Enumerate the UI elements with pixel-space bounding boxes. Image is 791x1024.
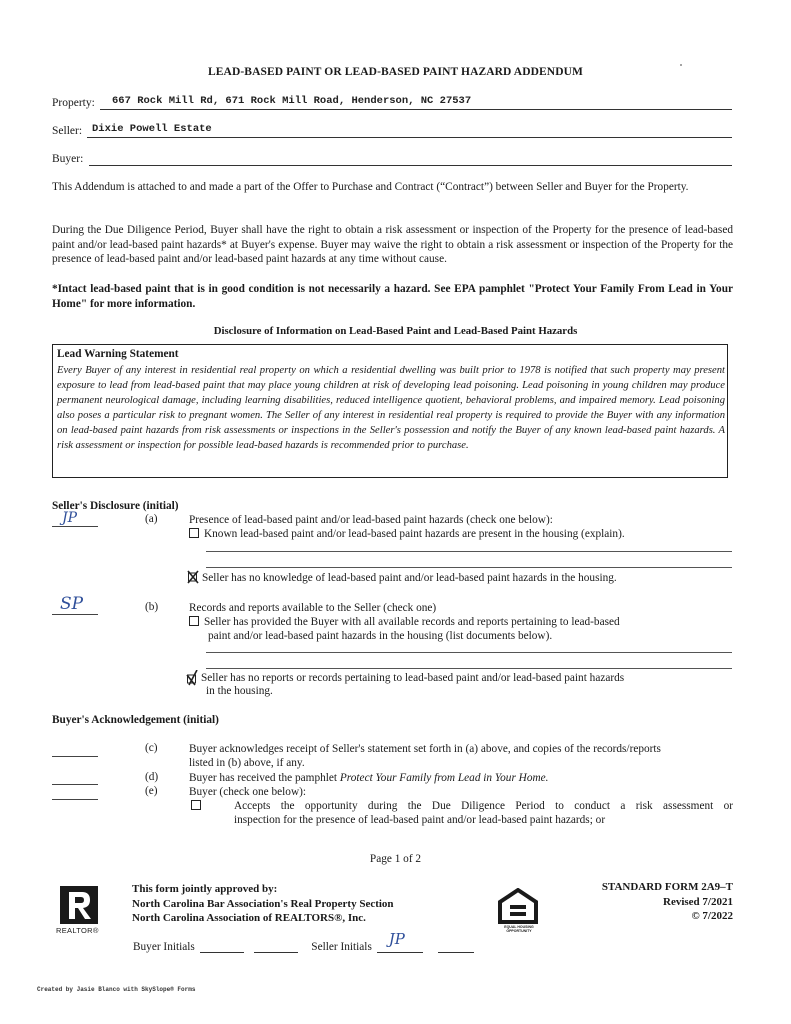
checkbox-accepts-opportunity[interactable] — [191, 800, 201, 810]
item-b-letter: (b) — [145, 601, 158, 613]
item-e-option1-line2: inspection for the presence of lead-base… — [234, 813, 605, 827]
buyer-initial-e-field[interactable] — [52, 785, 98, 800]
due-diligence-paragraph: During the Due Diligence Period, Buyer s… — [52, 223, 733, 267]
item-d-text: Buyer has received the pamphlet Protect … — [189, 771, 548, 785]
buyer-initial-c-field[interactable] — [52, 742, 98, 757]
seller-initials-field-2[interactable] — [438, 940, 474, 953]
seller-initial-a: JP — [62, 510, 77, 526]
note-paragraph: *Intact lead-based paint that is in good… — [52, 282, 733, 311]
seller-initial-b: SP — [60, 594, 83, 614]
seller-value[interactable]: Dixie Powell Estate — [92, 123, 212, 135]
document-title: LEAD-BASED PAINT OR LEAD-BASED PAINT HAZ… — [0, 66, 791, 78]
item-e-text: Buyer (check one below): — [189, 785, 306, 799]
scan-speck — [680, 64, 682, 66]
item-a-letter: (a) — [145, 513, 158, 525]
lead-warning-box: Lead Warning Statement Every Buyer of an… — [52, 344, 728, 478]
eho-line-2: OPPORTUNITY — [496, 929, 542, 933]
item-b-option2-line2: in the housing. — [206, 684, 273, 698]
item-a-text: Presence of lead-based paint and/or lead… — [189, 513, 553, 527]
realtor-logo-icon — [60, 886, 98, 924]
item-c-letter: (c) — [145, 742, 158, 754]
item-b-text: Records and reports available to the Sel… — [189, 601, 436, 615]
explain-line-1[interactable] — [206, 551, 732, 552]
item-c-line2: listed in (b) above, if any. — [189, 756, 305, 770]
seller-page-initials: JP — [389, 930, 405, 948]
approval-line-3: North Carolina Association of REALTORS®,… — [132, 911, 394, 926]
item-e-letter: (e) — [145, 785, 158, 797]
item-b-option2-line1: Seller has no reports or records pertain… — [201, 672, 624, 684]
seller-field: Seller: Dixie Powell Estate — [52, 122, 732, 138]
approval-block: This form jointly approved by: North Car… — [132, 882, 394, 926]
item-a-option2-text: Seller has no knowledge of lead-based pa… — [202, 572, 617, 584]
checkbox-no-reports-checked[interactable] — [186, 670, 198, 683]
created-by-footer: Created by Jasie Blanco with SkySlope® F… — [37, 986, 195, 993]
seller-initial-a-field[interactable]: JP — [52, 512, 98, 527]
equal-housing-icon — [498, 888, 538, 924]
intro-paragraph: This Addendum is attached to and made a … — [52, 180, 733, 195]
disclosure-heading: Disclosure of Information on Lead-Based … — [0, 325, 791, 337]
equal-housing-text: EQUAL HOUSING OPPORTUNITY — [496, 925, 542, 933]
form-info: STANDARD FORM 2A9–T Revised 7/2021 © 7/2… — [602, 880, 733, 924]
item-e-option1[interactable] — [191, 799, 206, 813]
item-b-option2[interactable]: Seller has no reports or records pertain… — [186, 670, 624, 685]
item-d-text-prefix: Buyer has received the pamphlet — [189, 772, 340, 784]
explain-line-2[interactable] — [206, 567, 732, 568]
realtor-logo-text: REALTOR® — [56, 926, 99, 935]
property-label: Property: — [52, 97, 95, 109]
buyer-ack-heading: Buyer's Acknowledgement (initial) — [52, 714, 219, 726]
documents-line-1[interactable] — [206, 652, 732, 653]
item-b-option1[interactable]: Seller has provided the Buyer with all a… — [189, 615, 620, 629]
item-a-option1[interactable]: Known lead-based paint and/or lead-based… — [189, 527, 625, 541]
pamphlet-title: Protect Your Family from Lead in Your Ho… — [340, 772, 549, 784]
buyer-line[interactable] — [89, 151, 732, 166]
checkbox-no-knowledge-checked[interactable] — [187, 570, 199, 583]
item-e-option1-line1: Accepts the opportunity during the Due D… — [234, 799, 733, 813]
checkbox-provided-records[interactable] — [189, 616, 199, 626]
property-value[interactable]: 667 Rock Mill Rd, 671 Rock Mill Road, He… — [112, 95, 471, 107]
form-copyright: © 7/2022 — [602, 909, 733, 924]
buyer-label: Buyer: — [52, 153, 83, 165]
seller-initial-b-field[interactable]: SP — [52, 600, 98, 615]
checkbox-known-lead[interactable] — [189, 528, 199, 538]
buyer-initials-field-2[interactable] — [254, 940, 298, 953]
form-revised: Revised 7/2021 — [602, 895, 733, 910]
seller-initials-field-1[interactable]: JP — [377, 940, 423, 953]
item-a-option1-text: Known lead-based paint and/or lead-based… — [204, 528, 625, 540]
seller-label: Seller: — [52, 125, 82, 137]
item-c-line1: Buyer acknowledges receipt of Seller's s… — [189, 742, 661, 756]
buyer-field: Buyer: — [52, 150, 732, 166]
lead-warning-text: Every Buyer of any interest in residenti… — [57, 363, 725, 453]
item-d-letter: (d) — [145, 771, 158, 783]
property-field: Property: 667 Rock Mill Rd, 671 Rock Mil… — [52, 94, 732, 110]
approval-line-1: This form jointly approved by: — [132, 882, 394, 897]
seller-initials-label: Seller Initials — [311, 941, 372, 953]
approval-line-2: North Carolina Bar Association's Real Pr… — [132, 897, 394, 912]
page-number: Page 1 of 2 — [0, 853, 791, 865]
lead-warning-title: Lead Warning Statement — [57, 348, 179, 360]
buyer-initials-field-1[interactable] — [200, 940, 244, 953]
form-name: STANDARD FORM 2A9–T — [602, 880, 733, 895]
documents-line-2[interactable] — [206, 668, 732, 669]
item-b-option1-line1: Seller has provided the Buyer with all a… — [204, 616, 620, 628]
page-initials-row: Buyer Initials Seller Initials JP — [133, 940, 474, 953]
buyer-initial-d-field[interactable] — [52, 770, 98, 785]
buyer-initials-label: Buyer Initials — [133, 941, 195, 953]
item-b-option1-line2: paint and/or lead-based paint hazards in… — [208, 629, 552, 643]
item-a-option2[interactable]: Seller has no knowledge of lead-based pa… — [187, 570, 617, 585]
